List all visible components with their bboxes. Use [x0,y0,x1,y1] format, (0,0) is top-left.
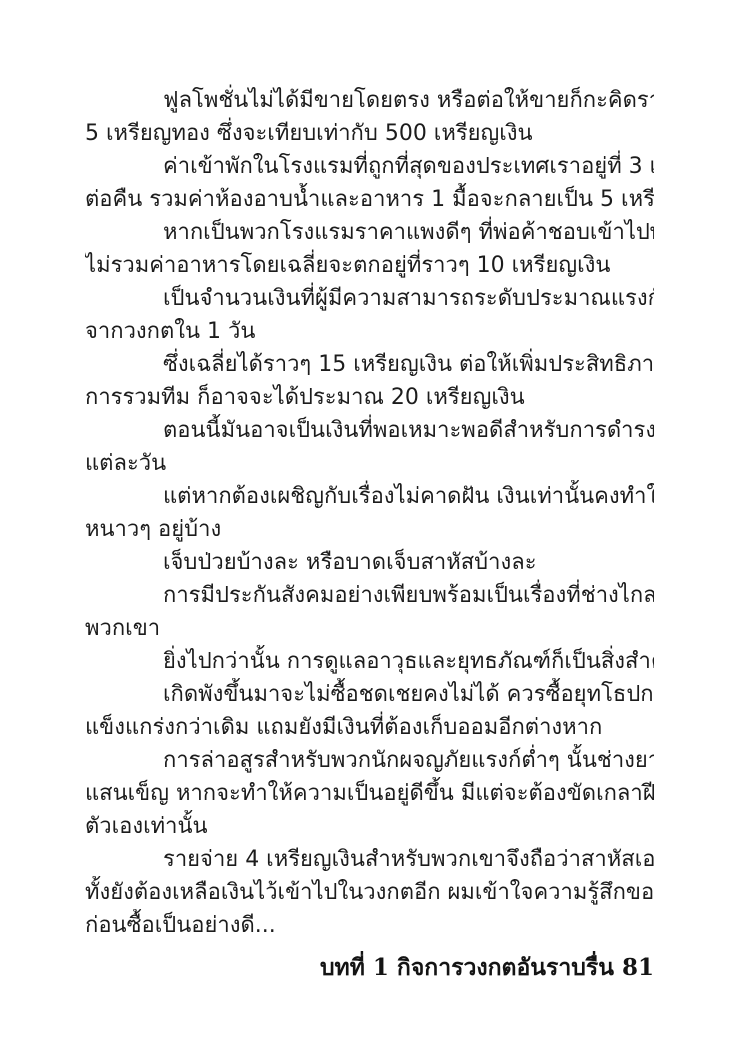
text-line: ไม่รวมค่าอาหารโดยเฉลี่ยจะตกอยู่ที่ราวๆ 1… [85,249,654,282]
text-line: หนาวๆ อยู่บ้าง [85,513,654,546]
text-line: ค่าเข้าพักในโรงแรมที่ถูกที่สุดของประเทศเ… [85,150,654,183]
text-line: การมีประกันสังคมอย่างเพียบพร้อมเป็นเรื่อ… [85,579,654,612]
text-line: แข็งแกร่งกว่าเดิม แถมยังมีเงินที่ต้องเก็… [85,711,654,744]
text-line: รายจ่าย 4 เหรียญเงินสำหรับพวกเขาจึงถือว่… [85,843,654,876]
text-line: 5 เหรียญทอง ซึ่งจะเทียบเท่ากับ 500 เหรีย… [85,117,654,150]
text-line: ตัวเองเท่านั้น [85,810,654,843]
text-line: แต่หากต้องเผชิญกับเรื่องไม่คาดฝัน เงินเท… [85,480,654,513]
text-line: ซึ่งเฉลี่ยได้ราวๆ 15 เหรียญเงิน ต่อให้เพ… [85,348,654,381]
text-line: ทั้งยังต้องเหลือเงินไว้เข้าไปในวงกตอีก ผ… [85,876,654,909]
footer-running-title: บทที่ 1 กิจการวงกตอันราบรื่น 81 [85,951,654,984]
text-line: ตอนนี้มันอาจเป็นเงินที่พอเหมาะพอดีสำหรับ… [85,414,654,447]
text-line: เป็นจำนวนเงินที่ผู้มีความสามารถระดับประม… [85,282,654,315]
text-line: แต่ละวัน [85,447,654,480]
text-line: เกิดพังขึ้นมาจะไม่ซื้อชดเชยคงไม่ได้ ควรซ… [85,678,654,711]
text-line: พวกเขา [85,612,654,645]
text-line: แสนเข็ญ หากจะทำให้ความเป็นอยู่ดีขึ้น มีแ… [85,777,654,810]
text-line: จากวงกตใน 1 วัน [85,315,654,348]
text-line: ต่อคืน รวมค่าห้องอาบน้ำและอาหาร 1 มื้อจะ… [85,183,654,216]
text-line: ยิ่งไปกว่านั้น การดูแลอาวุธและยุทธภัณฑ์ก… [85,645,654,678]
text-line: ก่อนซื้อเป็นอย่างดี... [85,909,654,942]
body-text: ฟูลโพชั่นไม่ได้มีขายโดยตรง หรือต่อให้ขาย… [85,84,654,942]
text-line: ฟูลโพชั่นไม่ได้มีขายโดยตรง หรือต่อให้ขาย… [85,84,654,117]
text-line: การรวมทีม ก็อาจจะได้ประมาณ 20 เหรียญเงิน [85,381,654,414]
text-line: หากเป็นพวกโรงแรมราคาแพงดีๆ ที่พ่อค้าชอบเ… [85,216,654,249]
text-line: การล่าอสูรสำหรับพวกนักผจญภัยแรงก์ต่ำๆ นั… [85,744,654,777]
text-line: เจ็บป่วยบ้างละ หรือบาดเจ็บสาหัสบ้างละ [85,546,654,579]
book-page: ฟูลโพชั่นไม่ได้มีขายโดยตรง หรือต่อให้ขาย… [0,0,738,1051]
